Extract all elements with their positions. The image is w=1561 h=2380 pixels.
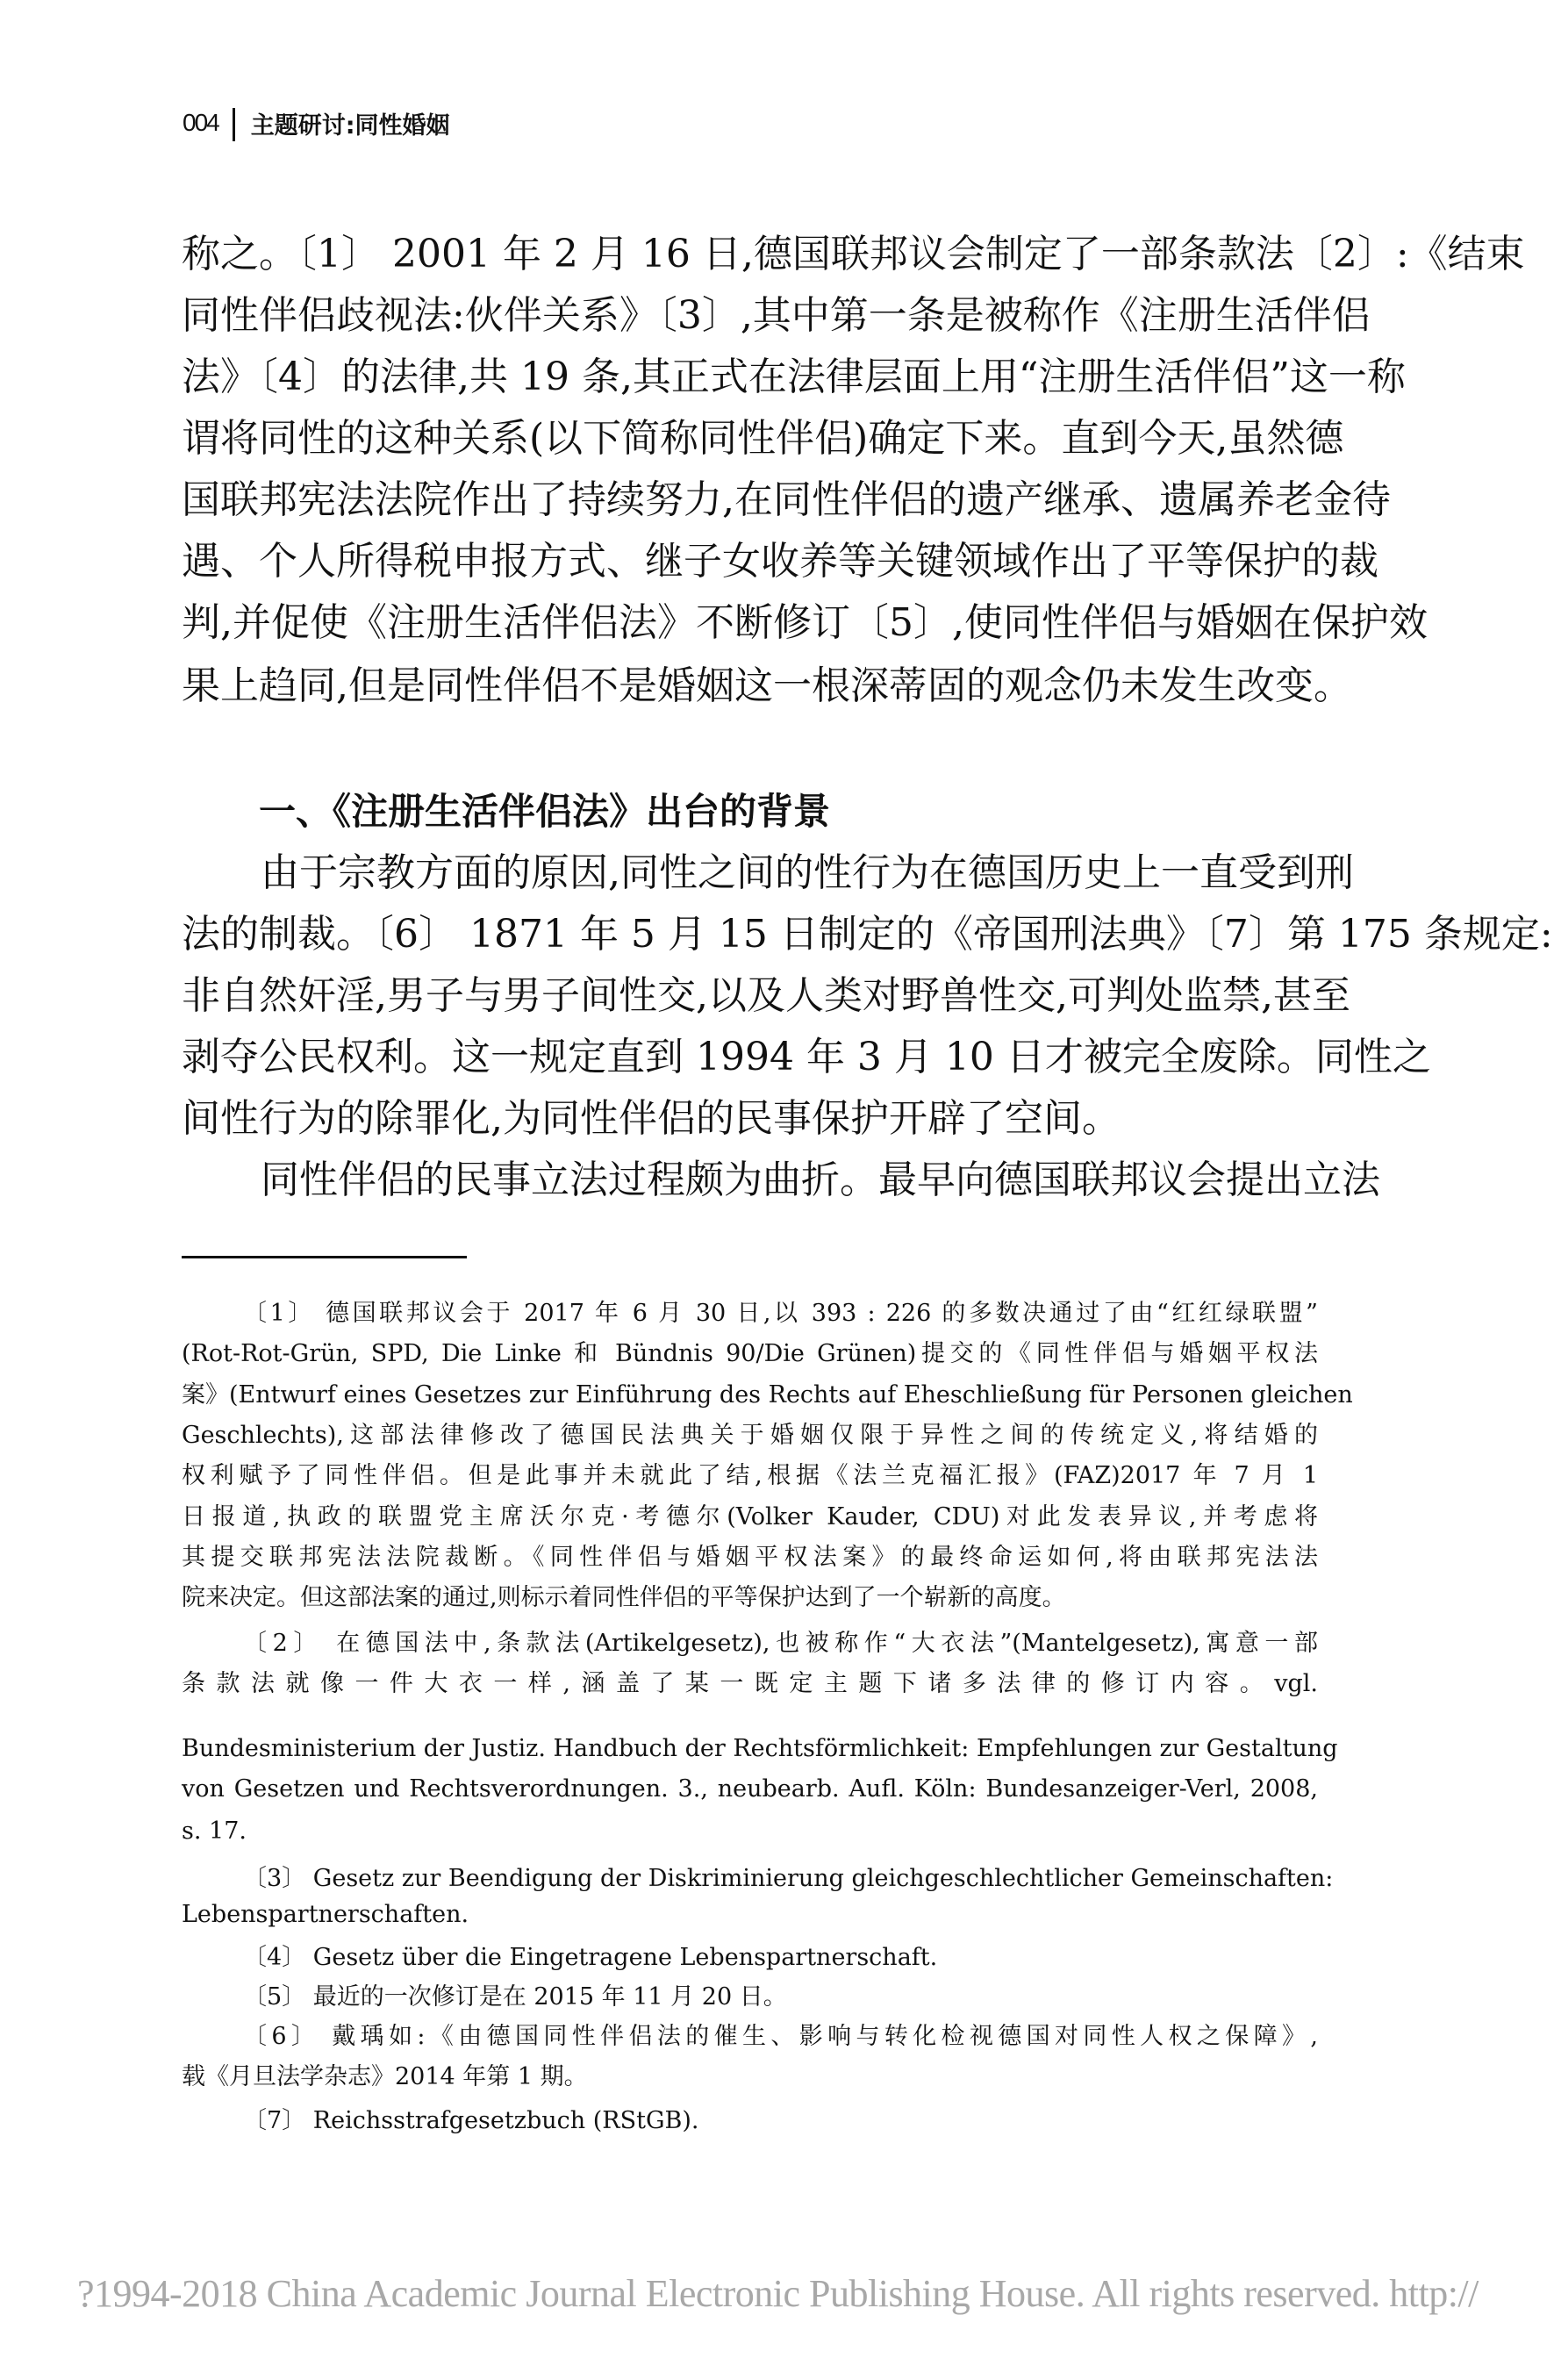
document-page: 004 主题研讨:同性婚姻 称之。〔1〕 2001 年 2 月 16 日,德国联… — [0, 0, 1561, 2380]
footnote-text: 戴瑀如:《由德国同性伴侣法的催生、影响与转化检视德国对同性人权之保障》, — [332, 2023, 1318, 2050]
body-line: 由于宗教方面的原因,同性之间的性行为在德国历史上一直受到刑 — [261, 847, 1318, 900]
footnote-1-line: Geschlechts),这部法律修改了德国民法典关于婚姻仅限于异性之间的传统定… — [182, 1418, 1318, 1453]
footnote-5-line: 〔5〕 最近的一次修订是在 2015 年 11 月 20 日。 — [243, 1980, 1318, 2015]
footnote-marker: 〔2〕 — [243, 1630, 323, 1657]
footnote-2-line: 条款法就像一件大衣一样,涵盖了某一既定主题下诸多法律的修订内容。vgl. — [182, 1667, 1318, 1702]
footnote-marker: 〔1〕 — [243, 1300, 315, 1327]
body-line: 果上趋同,但是同性伴侣不是婚姻这一根深蒂固的观念仍未发生改变。 — [182, 660, 1318, 713]
footnote-text: Reichsstrafgesetzbuch (RStGB). — [313, 2107, 699, 2134]
footnote-6-line: 〔6〕 戴瑀如:《由德国同性伴侣法的催生、影响与转化检视德国对同性人权之保障》, — [243, 2019, 1318, 2054]
footnote-text: Gesetz zur Beendigung der Diskriminierun… — [313, 1865, 1334, 1892]
body-line: 称之。〔1〕 2001 年 2 月 16 日,德国联邦议会制定了一部条款法〔2〕… — [182, 228, 1318, 281]
body-line: 非自然奸淫,男子与男子间性交,以及人类对野兽性交,可判处监禁,甚至 — [182, 970, 1318, 1022]
footnote-text: 德国联邦议会于 2017 年 6 月 30 日,以 393 : 226 的多数决… — [326, 1300, 1318, 1327]
section-heading: 一、《注册生活伴侣法》出台的背景 — [259, 785, 1395, 838]
footnote-4-line: 〔4〕 Gesetz über die Eingetragene Lebensp… — [243, 1940, 1318, 1975]
footnote-1-line: 案》(Entwurf eines Gesetzes zur Einführung… — [182, 1378, 1318, 1413]
footnote-1-line: 权利赋予了同性伴侣。但是此事并未就此了结,根据《法兰克福汇报》(FAZ)2017… — [182, 1459, 1318, 1494]
footnote-2-line: von Gesetzen und Rechtsverordnungen. 3.,… — [182, 1772, 1318, 1807]
footnote-1-line: 院来决定。但这部法案的通过,则标示着同性伴侣的平等保护达到了一个崭新的高度。 — [182, 1581, 1318, 1616]
body-line: 间性行为的除罪化,为同性伴侣的民事保护开辟了空间。 — [182, 1093, 1318, 1145]
running-head: 004 主题研讨:同性婚姻 — [183, 105, 450, 140]
footnote-1-line: 〔1〕 德国联邦议会于 2017 年 6 月 30 日,以 393 : 226 … — [243, 1296, 1318, 1331]
body-line: 国联邦宪法法院作出了持续努力,在同性伴侣的遗产继承、遗属养老金待 — [182, 474, 1318, 527]
footnote-marker: 〔7〕 — [243, 2107, 305, 2134]
footnote-3-line: 〔3〕 Gesetz zur Beendigung der Diskrimini… — [243, 1861, 1318, 1896]
footnote-1-line: 其提交联邦宪法法院裁断。《同性伴侣与婚姻平权法案》的最终命运如何,将由联邦宪法法 — [182, 1540, 1318, 1575]
footnote-separator — [182, 1256, 467, 1258]
footnote-7-line: 〔7〕 Reichsstrafgesetzbuch (RStGB). — [243, 2104, 1318, 2139]
footnote-marker: 〔6〕 — [243, 2023, 319, 2050]
body-line: 剥夺公民权利。这一规定直到 1994 年 3 月 10 日才被完全废除。同性之 — [182, 1031, 1318, 1084]
footnote-1-line: 日报道,执政的联盟党主席沃尔克·考德尔(Volker Kauder, CDU)对… — [182, 1500, 1318, 1535]
footnote-marker: 〔5〕 — [243, 1983, 305, 2011]
footnote-marker: 〔3〕 — [243, 1865, 305, 1892]
body-line: 同性伴侣歧视法:伙伴关系》〔3〕,其中第一条是被称作《注册生活伴侣 — [182, 290, 1318, 342]
footnote-text: 在德国法中,条款法(Artikelgesetz),也被称作“大衣法”(Mante… — [336, 1630, 1318, 1657]
body-line: 法的制裁。〔6〕 1871 年 5 月 15 日制定的《帝国刑法典》〔7〕第 1… — [182, 908, 1318, 961]
body-line: 同性伴侣的民事立法过程颇为曲折。最早向德国联邦议会提出立法 — [261, 1154, 1318, 1207]
body-line: 谓将同性的这种关系(以下简称同性伴侣)确定下来。直到今天,虽然德 — [182, 412, 1318, 465]
copyright-watermark: ?1994-2018 China Academic Journal Electr… — [77, 2271, 1479, 2316]
footnote-2-line: Bundesministerium der Justiz. Handbuch d… — [182, 1731, 1318, 1767]
running-head-divider — [233, 108, 235, 141]
footnote-1-line: (Rot-Rot-Grün, SPD, Die Linke 和 Bündnis … — [182, 1337, 1318, 1372]
body-line: 遇、个人所得税申报方式、继子女收养等关键领域作出了平等保护的裁 — [182, 535, 1318, 588]
footnote-text: Gesetz über die Eingetragene Lebenspartn… — [313, 1944, 937, 1971]
running-head-title: 主题研讨:同性婚姻 — [251, 106, 450, 140]
footnote-3-line: Lebenspartnerschaften. — [182, 1897, 1318, 1932]
page-number: 004 — [183, 109, 218, 137]
footnote-2-line: s. 17. — [182, 1814, 1318, 1849]
footnote-marker: 〔4〕 — [243, 1944, 305, 1971]
footnote-text: 最近的一次修订是在 2015 年 11 月 20 日。 — [313, 1983, 787, 2011]
footnote-2-line: 〔2〕 在德国法中,条款法(Artikelgesetz),也被称作“大衣法”(M… — [243, 1626, 1318, 1661]
body-line: 判,并促使《注册生活伴侣法》不断修订〔5〕,使同性伴侣与婚姻在保护效 — [182, 597, 1318, 649]
body-line: 法》〔4〕的法律,共 19 条,其正式在法律层面上用“注册生活伴侣”这一称 — [182, 351, 1318, 404]
footnote-6-line: 载《月旦法学杂志》2014 年第 1 期。 — [182, 2060, 1318, 2095]
